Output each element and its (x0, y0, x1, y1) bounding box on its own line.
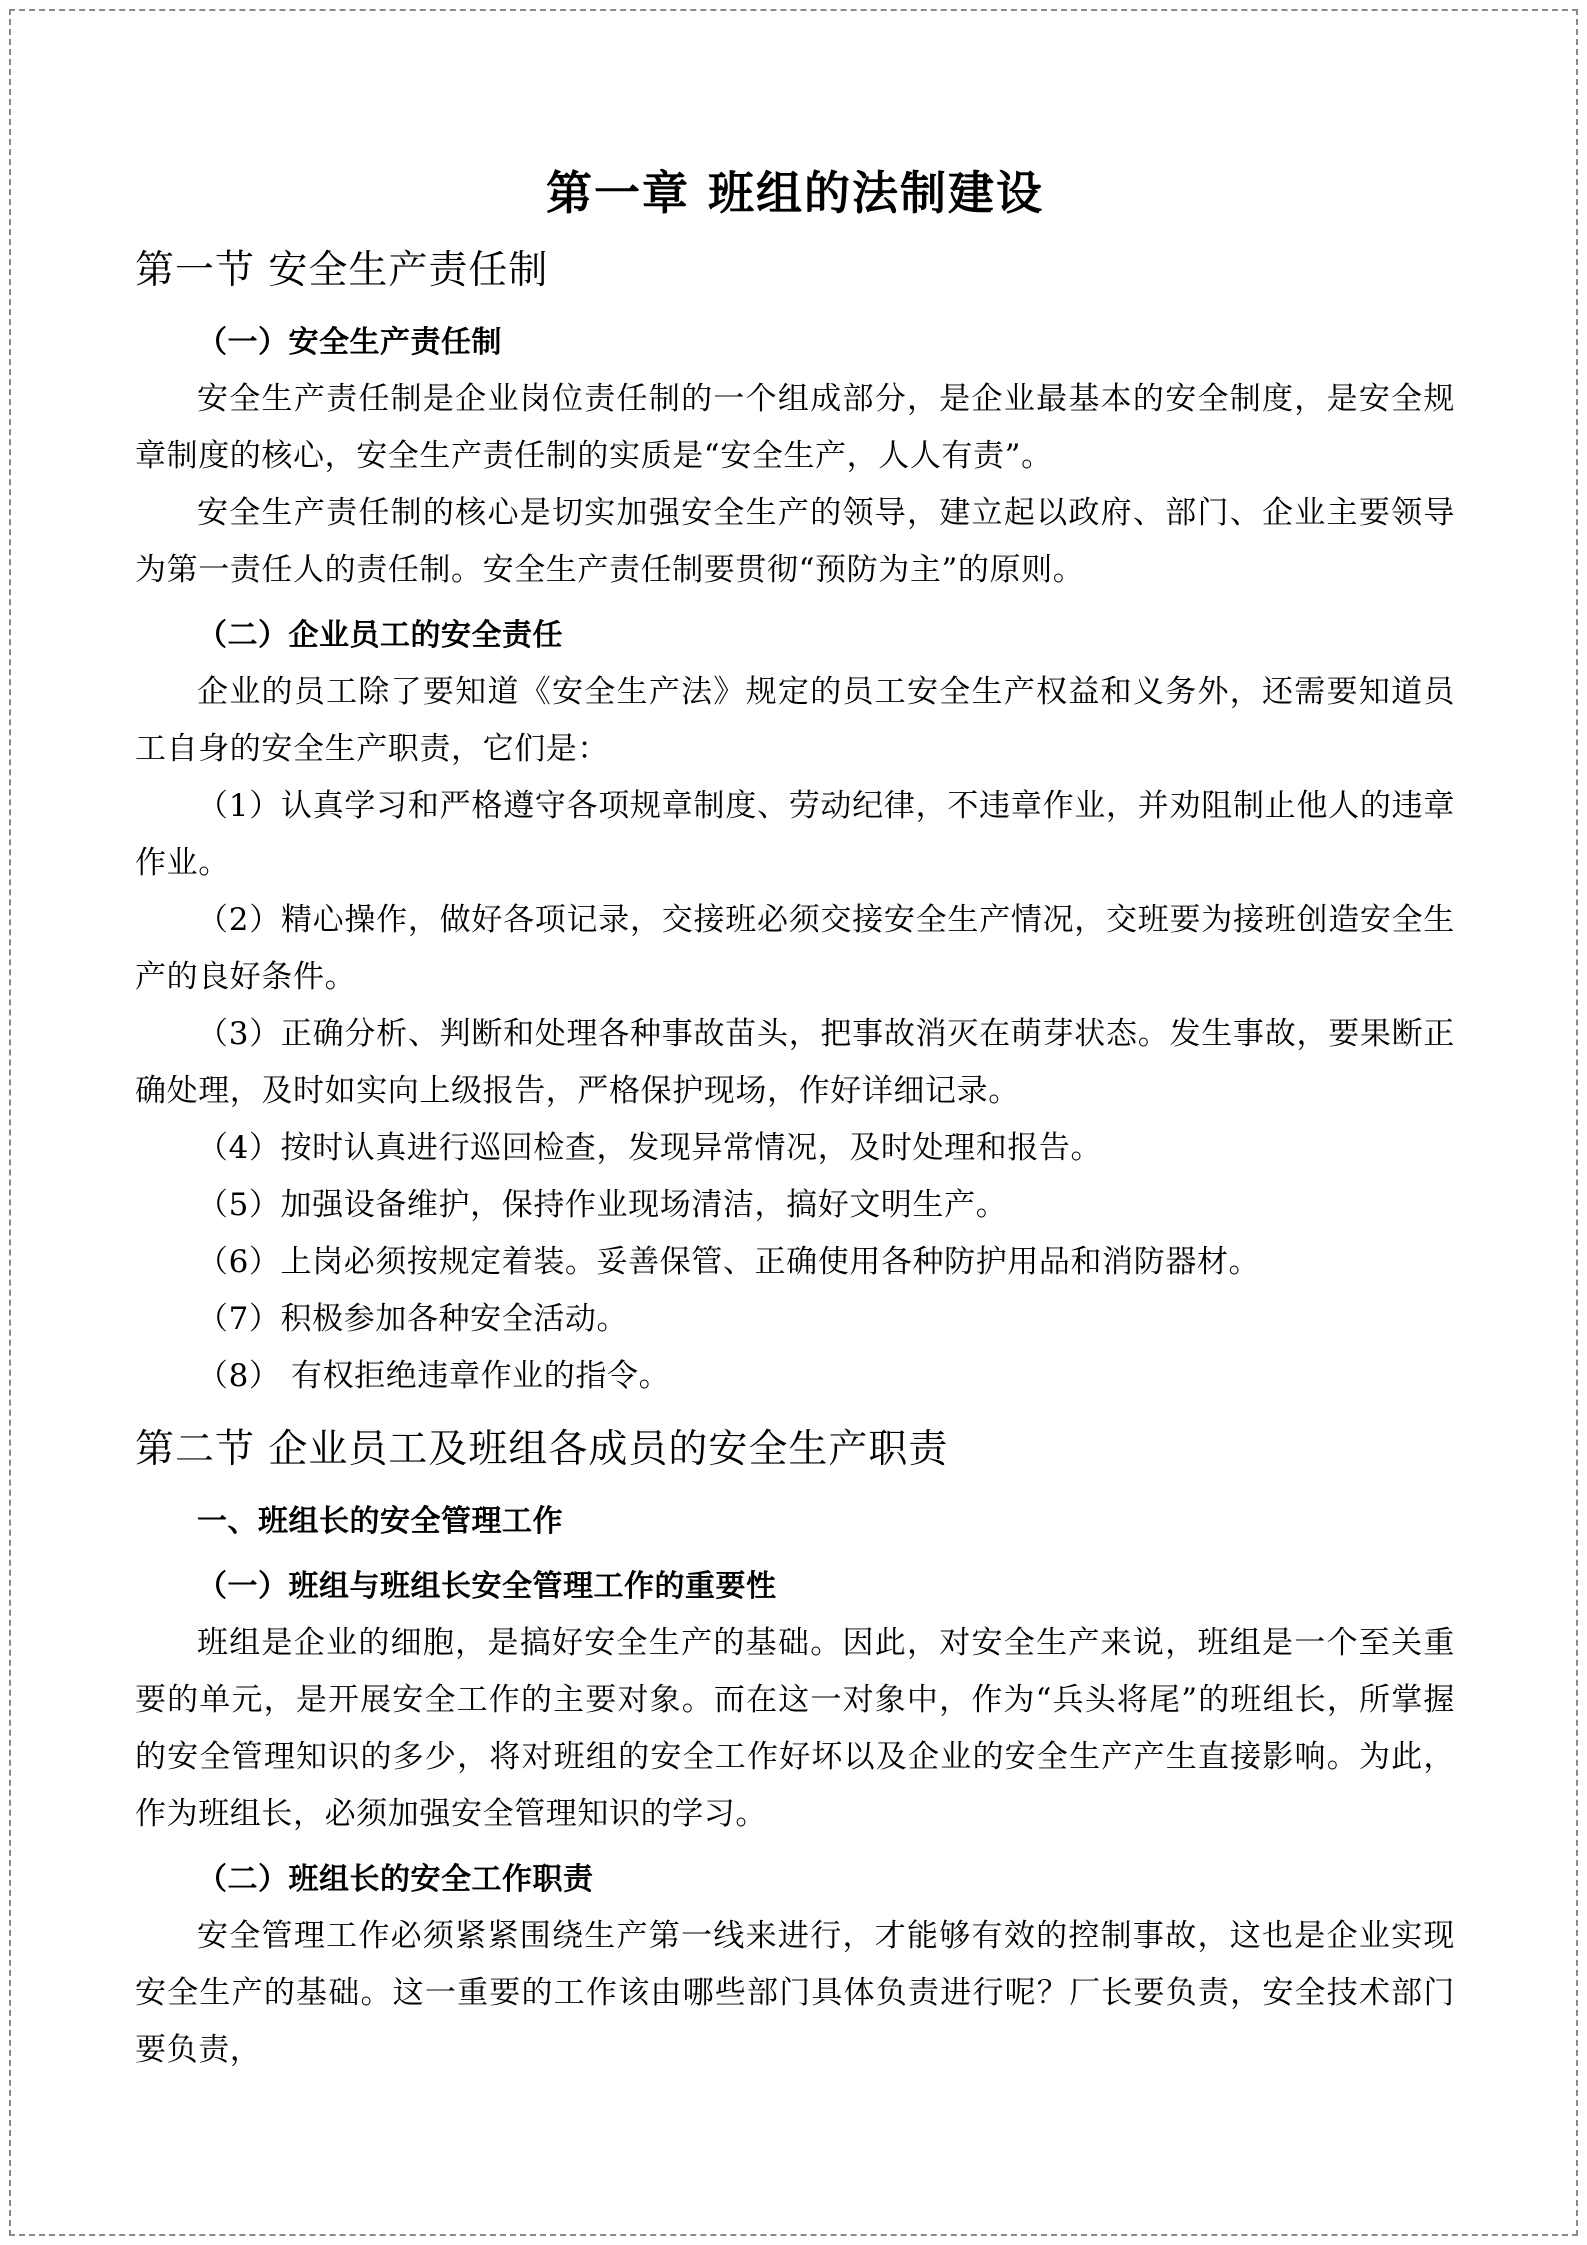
section2-subheading-2: （一）班组与班组长安全管理工作的重要性 (135, 1558, 1455, 1615)
section1-paragraph-1: 安全生产责任制是企业岗位责任制的一个组成部分，是企业最基本的安全制度，是安全规章… (135, 371, 1455, 485)
section2-paragraph-2: 安全管理工作必须紧紧围绕生产第一线来进行，才能够有效的控制事故，这也是企业实现安… (135, 1908, 1455, 2079)
list-item-8: （8） 有权拒绝违章作业的指令。 (135, 1348, 1455, 1405)
section1-subheading-2: （二）企业员工的安全责任 (135, 607, 1455, 664)
section1-paragraph-3: 企业的员工除了要知道《安全生产法》规定的员工安全生产权益和义务外，还需要知道员工… (135, 664, 1455, 778)
list-item-6: （6）上岗必须按规定着装。妥善保管、正确使用各种防护用品和消防器材。 (135, 1234, 1455, 1291)
section1-subheading-1: （一）安全生产责任制 (135, 314, 1455, 371)
section2-subheading-1: 一、班组长的安全管理工作 (135, 1493, 1455, 1550)
document-content: 第一章 班组的法制建设 第一节 安全生产责任制 （一）安全生产责任制 安全生产责… (135, 160, 1455, 2079)
list-item-3: （3）正确分析、判断和处理各种事故苗头，把事故消灭在萌芽状态。发生事故，要果断正… (135, 1006, 1455, 1120)
list-item-7: （7）积极参加各种安全活动。 (135, 1291, 1455, 1348)
section1-paragraph-2: 安全生产责任制的核心是切实加强安全生产的领导，建立起以政府、部门、企业主要领导为… (135, 485, 1455, 599)
list-item-1: （1）认真学习和严格遵守各项规章制度、劳动纪律，不违章作业，并劝阻制止他人的违章… (135, 778, 1455, 892)
list-item-4: （4）按时认真进行巡回检查，发现异常情况，及时处理和报告。 (135, 1120, 1455, 1177)
list-item-2: （2）精心操作，做好各项记录，交接班必须交接安全生产情况，交班要为接班创造安全生… (135, 892, 1455, 1006)
chapter-title: 第一章 班组的法制建设 (135, 160, 1455, 226)
section2-subheading-3: （二）班组长的安全工作职责 (135, 1851, 1455, 1908)
document-page: 第一章 班组的法制建设 第一节 安全生产责任制 （一）安全生产责任制 安全生产责… (0, 0, 1587, 2245)
section1-title: 第一节 安全生产责任制 (135, 242, 1455, 300)
section2-title: 第二节 企业员工及班组各成员的安全生产职责 (135, 1421, 1455, 1479)
list-item-5: （5）加强设备维护，保持作业现场清洁，搞好文明生产。 (135, 1177, 1455, 1234)
section2-paragraph-1: 班组是企业的细胞，是搞好安全生产的基础。因此，对安全生产来说，班组是一个至关重要… (135, 1615, 1455, 1843)
